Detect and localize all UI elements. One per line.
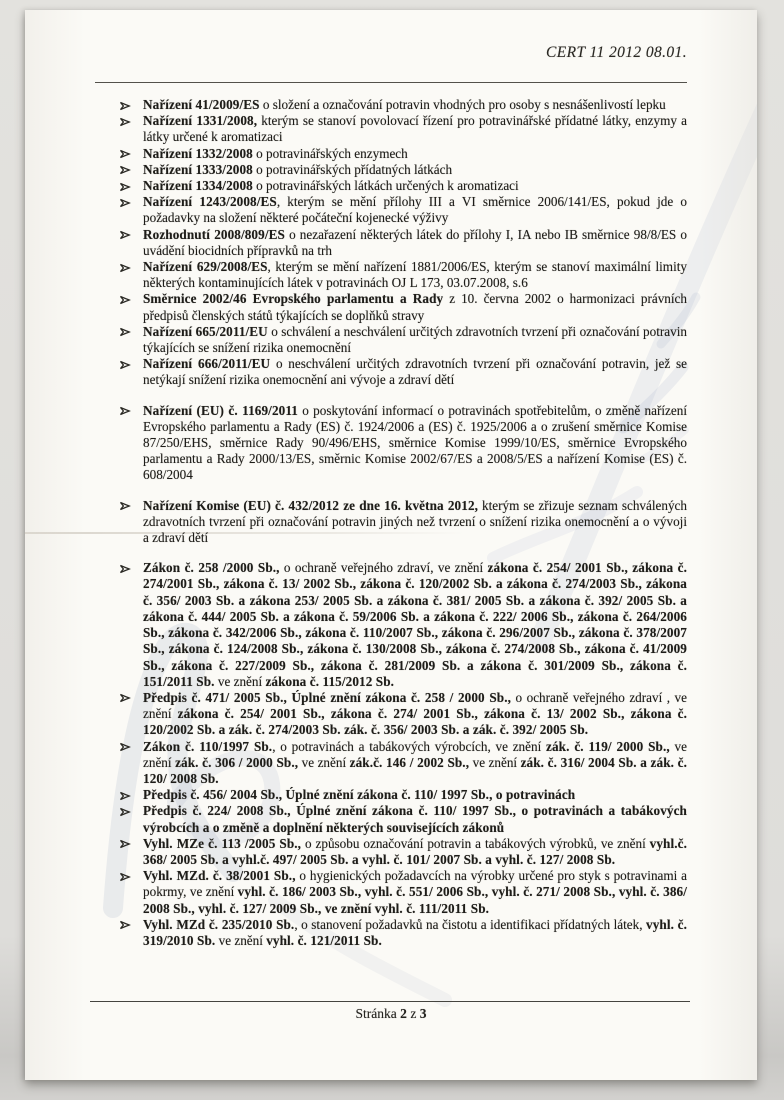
list-item: Rozhodnutí 2008/809/ES o nezařazení někt… <box>118 227 687 259</box>
arrowhead-right-icon <box>119 359 131 371</box>
citation-text: 2 <box>400 1006 407 1021</box>
list-item-text: Nařízení 1243/2008/ES, kterým se mění př… <box>143 194 687 225</box>
list-item-text: Nařízení Komise (EU) č. 432/2012 ze dne … <box>143 498 687 545</box>
citation-text: Nařízení 629/2008/ES <box>143 259 268 274</box>
list-item-text: Nařízení 665/2011/EU o schválení a nesch… <box>143 324 687 355</box>
citation-text: zákona č. 115/2012 Sb. <box>265 674 394 689</box>
list-item: Nařízení (EU) č. 1169/2011 o poskytování… <box>118 403 687 484</box>
citation-text: Rozhodnutí 2008/809/ES <box>143 227 285 242</box>
citation-text: zák. č. 119/ 2000 Sb., <box>546 739 670 754</box>
citation-text: 3 <box>420 1006 427 1021</box>
arrowhead-right-icon <box>119 294 131 306</box>
page-number: Stránka 2 z 3 <box>25 1006 757 1022</box>
citation-text: Nařízení 1334/2008 <box>143 178 253 193</box>
arrowhead-right-icon <box>119 692 131 704</box>
list-item: Zákon č. 258 /2000 Sb., o ochraně veřejn… <box>118 560 687 690</box>
arrowhead-right-icon <box>119 838 131 850</box>
list-item: Nařízení 665/2011/EU o schválení a nesch… <box>118 324 687 356</box>
list-item: Nařízení 1332/2008 o potravinářských enz… <box>118 146 687 162</box>
body-text: o potravinářských enzymech <box>253 146 408 161</box>
citation-text: Předpis č. 224/ 2008 Sb., Úplné znění zá… <box>143 803 687 834</box>
citation-text: vyhl. č. 121/2011 Sb. <box>266 933 382 948</box>
body-text: o složení a označování potravin vhodných… <box>260 97 666 112</box>
arrowhead-right-icon <box>119 563 131 575</box>
body-text: o potravinářských přídatných látkách <box>253 162 452 177</box>
citation-text: Zákon č. 258 /2000 Sb., <box>143 560 280 575</box>
arrowhead-right-icon <box>119 871 131 883</box>
citation-text: Nařízení 665/2011/EU <box>143 324 268 339</box>
scanned-document: { "colors": { "ink": "#1e1d19", "paper":… <box>0 0 784 1100</box>
arrowhead-right-icon <box>119 181 131 193</box>
arrowhead-right-icon <box>119 500 131 512</box>
list-item: Nařízení 629/2008/ES, kterým se mění nař… <box>118 259 687 291</box>
list-item: Nařízení 666/2011/EU o neschválení určit… <box>118 356 687 388</box>
arrowhead-right-icon <box>119 164 131 176</box>
arrowhead-right-icon <box>119 405 131 417</box>
list-item: Nařízení Komise (EU) č. 432/2012 ze dne … <box>118 498 687 547</box>
list-item-text: Předpis č. 471/ 2005 Sb., Úplné znění zá… <box>143 690 687 737</box>
list-item: Vyhl. MZd č. 235/2010 Sb., o stanovení p… <box>118 917 687 949</box>
list-item-text: Směrnice 2002/46 Evropského parlamentu a… <box>143 291 687 322</box>
body-text: ve znění <box>469 755 520 770</box>
body-text: o ochraně veřejného zdraví, ve znění <box>280 560 488 575</box>
citation-text: Vyhl. MZd. č. 38/2001 Sb., <box>143 868 296 883</box>
citation-text: Předpis č. 456/ 2004 Sb., Úplné znění zá… <box>143 787 575 802</box>
list-item: Zákon č. 110/1997 Sb., o potravinách a t… <box>118 739 687 788</box>
document-reference: CERT 11 2012 08.01. <box>546 44 687 62</box>
list-item: Předpis č. 224/ 2008 Sb., Úplné znění zá… <box>118 803 687 835</box>
list-item-text: Nařízení 666/2011/EU o neschválení určit… <box>143 356 687 387</box>
list-item: Směrnice 2002/46 Evropského parlamentu a… <box>118 291 687 323</box>
citation-text: zákona č. 254/ 2001 Sb., zákona č. 274/2… <box>143 560 687 688</box>
list-item-text: Nařízení 1334/2008 o potravinářských lát… <box>143 178 519 193</box>
list-item-text: Vyhl. MZd. č. 38/2001 Sb., o hygienickýc… <box>143 868 687 915</box>
list-item-text: Předpis č. 456/ 2004 Sb., Úplné znění zá… <box>143 787 575 802</box>
list-item: Nařízení 1331/2008, kterým se stanoví po… <box>118 113 687 145</box>
body-text: o způsobu označování potravin a tabákový… <box>301 836 650 851</box>
citation-text: zákona č. 254/ 2001 Sb., zákona č. 274/ … <box>143 706 687 737</box>
body-text: , o stanovení požadavků na čistotu a ide… <box>294 917 646 932</box>
body-text: Stránka <box>355 1006 400 1021</box>
list-item: Nařízení 1334/2008 o potravinářských lát… <box>118 178 687 194</box>
arrowhead-right-icon <box>119 741 131 753</box>
body-text: ve znění <box>298 755 349 770</box>
list-group: Nařízení 41/2009/ES o složení a označová… <box>118 97 687 389</box>
list-item: Vyhl. MZd. č. 38/2001 Sb., o hygienickýc… <box>118 868 687 917</box>
citation-text: Nařízení (EU) č. 1169/2011 <box>143 403 298 418</box>
list-item: Předpis č. 456/ 2004 Sb., Úplné znění zá… <box>118 787 687 803</box>
arrowhead-right-icon <box>119 806 131 818</box>
body-text: ve znění <box>215 933 266 948</box>
citation-text: Vyhl. MZe č. 113 /2005 Sb., <box>143 836 301 851</box>
list-group: Nařízení (EU) č. 1169/2011 o poskytování… <box>118 403 687 484</box>
regulation-list: Nařízení 41/2009/ES o složení a označová… <box>118 97 687 949</box>
arrowhead-right-icon <box>119 148 131 160</box>
list-item-text: Vyhl. MZd č. 235/2010 Sb., o stanovení p… <box>143 917 687 948</box>
list-item-text: Zákon č. 258 /2000 Sb., o ochraně veřejn… <box>143 560 687 688</box>
arrowhead-right-icon <box>119 919 131 931</box>
citation-text: Nařízení 1331/2008, <box>143 113 257 128</box>
citation-text: Předpis č. 471/ 2005 Sb., Úplné znění zá… <box>143 690 511 705</box>
body-text: , o potravinách a tabákových výrobcích, … <box>272 739 546 754</box>
list-item-text: Rozhodnutí 2008/809/ES o nezařazení někt… <box>143 227 687 258</box>
arrowhead-right-icon <box>119 229 131 241</box>
citation-text: Zákon č. 110/1997 Sb. <box>143 739 272 754</box>
footer-rule <box>90 1001 690 1002</box>
list-item: Nařízení 1243/2008/ES, kterým se mění př… <box>118 194 687 226</box>
list-item-text: Nařízení 1333/2008 o potravinářských pří… <box>143 162 452 177</box>
citation-text: Nařízení 1333/2008 <box>143 162 253 177</box>
citation-text: zák. č. 306 / 2000 Sb., <box>175 755 298 770</box>
list-item: Vyhl. MZe č. 113 /2005 Sb., o způsobu oz… <box>118 836 687 868</box>
citation-text: Nařízení 1243/2008/ES <box>143 194 277 209</box>
list-item: Předpis č. 471/ 2005 Sb., Úplné znění zá… <box>118 690 687 739</box>
citation-text: Nařízení 41/2009/ES <box>143 97 260 112</box>
body-text: z <box>407 1006 420 1021</box>
scanner-background: CERT 11 2012 08.01. Nařízení 41/2009/ES … <box>0 0 784 1100</box>
list-group: Zákon č. 258 /2000 Sb., o ochraně veřejn… <box>118 560 687 949</box>
list-item-text: Zákon č. 110/1997 Sb., o potravinách a t… <box>143 739 687 786</box>
header-rule <box>95 82 687 83</box>
list-item-text: Nařízení (EU) č. 1169/2011 o poskytování… <box>143 403 687 483</box>
list-item-text: Vyhl. MZe č. 113 /2005 Sb., o způsobu oz… <box>143 836 687 867</box>
arrowhead-right-icon <box>119 197 131 209</box>
citation-text: Nařízení 1332/2008 <box>143 146 253 161</box>
arrowhead-right-icon <box>119 100 131 112</box>
list-item-text: Nařízení 41/2009/ES o složení a označová… <box>143 97 666 112</box>
citation-text: Nařízení Komise (EU) č. 432/2012 ze dne … <box>143 498 478 513</box>
body-text: ve znění <box>215 674 266 689</box>
list-item: Nařízení 1333/2008 o potravinářských pří… <box>118 162 687 178</box>
arrowhead-right-icon <box>119 790 131 802</box>
citation-text: zák.č. 146 / 2002 Sb., <box>350 755 469 770</box>
arrowhead-right-icon <box>119 262 131 274</box>
list-item-text: Nařízení 629/2008/ES, kterým se mění nař… <box>143 259 687 290</box>
list-group: Nařízení Komise (EU) č. 432/2012 ze dne … <box>118 498 687 547</box>
citation-text: Vyhl. MZd č. 235/2010 Sb. <box>143 917 294 932</box>
arrowhead-right-icon <box>119 116 131 128</box>
citation-text: Nařízení 666/2011/EU <box>143 356 270 371</box>
body-text: o potravinářských látkách určených k aro… <box>253 178 519 193</box>
arrowhead-right-icon <box>119 326 131 338</box>
list-item-text: Nařízení 1332/2008 o potravinářských enz… <box>143 146 408 161</box>
citation-text: Směrnice 2002/46 Evropského parlamentu a… <box>143 291 443 306</box>
list-item: Nařízení 41/2009/ES o složení a označová… <box>118 97 687 113</box>
document-page: CERT 11 2012 08.01. Nařízení 41/2009/ES … <box>25 10 757 1080</box>
list-item-text: Nařízení 1331/2008, kterým se stanoví po… <box>143 113 687 144</box>
list-item-text: Předpis č. 224/ 2008 Sb., Úplné znění zá… <box>143 803 687 834</box>
